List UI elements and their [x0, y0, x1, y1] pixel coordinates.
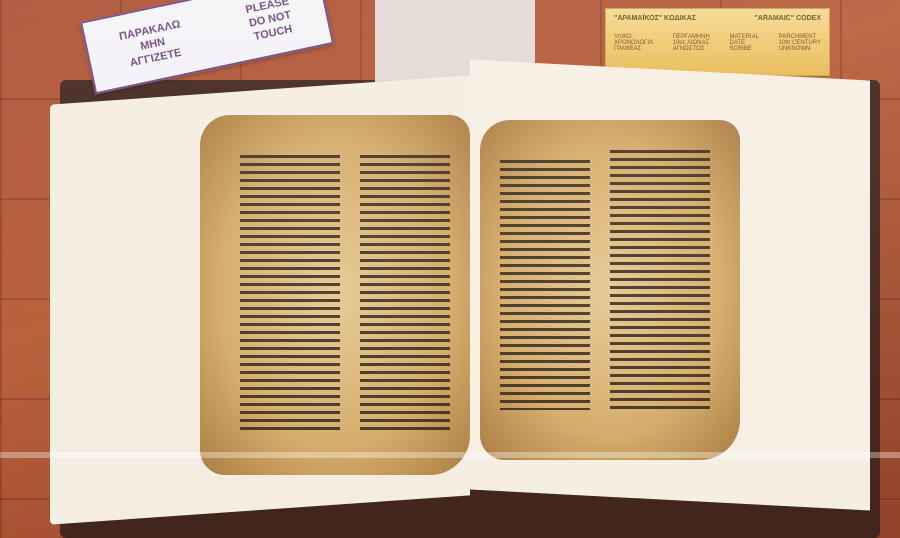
parchment-right — [480, 120, 740, 460]
glass-edge — [0, 452, 900, 458]
label-field: ΓΡΑΦΕΑΣ — [614, 46, 653, 52]
text-column — [500, 160, 590, 410]
label-value: UNKNOWN — [779, 46, 821, 52]
parchment-left — [200, 115, 470, 475]
exhibit-label: "ΑΡΑΜΑΪΚΟΣ" ΚΩΔΙΚΑΣ "ARAMAIC" CODEX ΥΛΙΚ… — [605, 8, 830, 76]
label-english-title: "ARAMAIC" CODEX — [754, 15, 821, 22]
open-book — [50, 70, 870, 510]
label-field: SCRIBE — [730, 46, 760, 52]
label-greek-title: "ΑΡΑΜΑΪΚΟΣ" ΚΩΔΙΚΑΣ — [614, 15, 696, 22]
text-column — [610, 150, 710, 410]
text-column — [360, 155, 450, 435]
text-column — [240, 155, 340, 435]
label-value: ΑΓΝΩΣΤΟΣ — [673, 46, 710, 52]
